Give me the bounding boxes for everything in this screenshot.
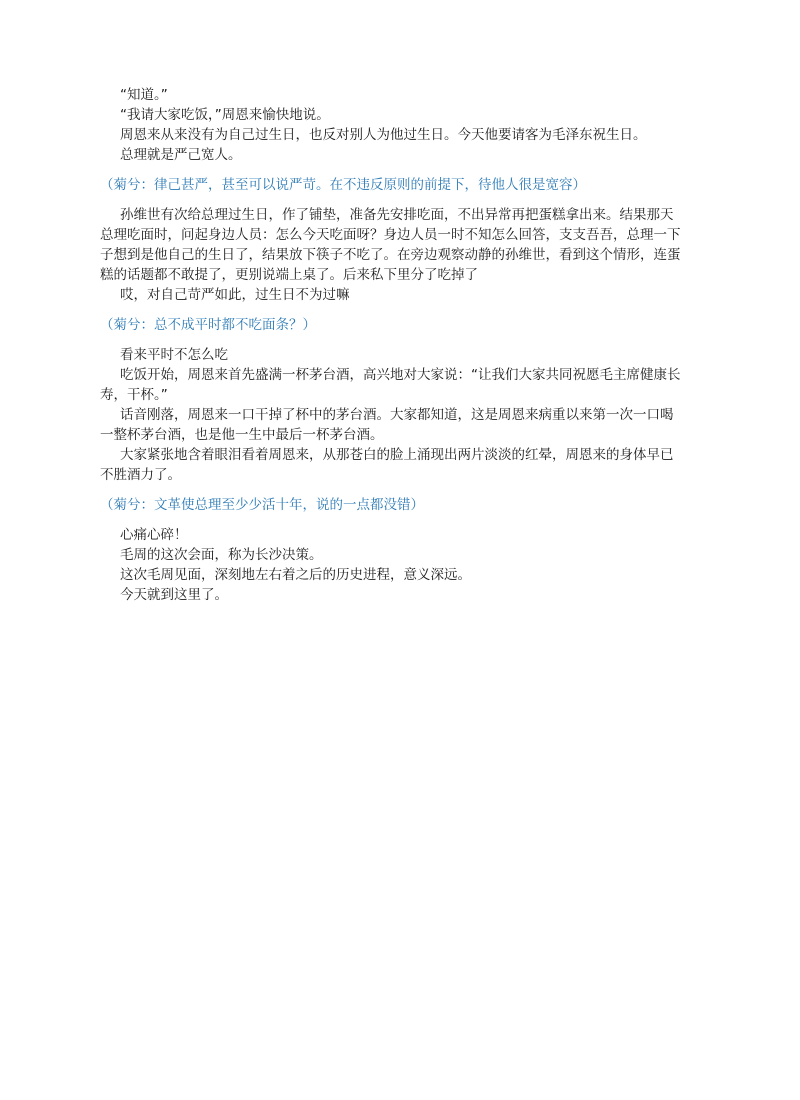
paragraph: 毛周的这次会面，称为长沙决策。 bbox=[100, 545, 685, 565]
paragraph: 心痛心碎！ bbox=[100, 525, 685, 545]
paragraph: “我请大家吃饭，”周恩来愉快地说。 bbox=[100, 105, 685, 125]
paragraph: 孙维世有次给总理过生日，作了铺垫，准备先安排吃面，不出异常再把蛋糕拿出来。结果那… bbox=[100, 205, 685, 285]
paragraph: “知道。” bbox=[100, 85, 685, 105]
paragraph: 大家紧张地含着眼泪看着周恩来，从那苍白的脸上涌现出两片淡淡的红晕，周恩来的身体早… bbox=[100, 445, 685, 485]
paragraph: 周恩来从来没有为自己过生日，也反对别人为他过生日。今天他要请客为毛泽东祝生日。 bbox=[100, 125, 685, 145]
annotation-note: （菊兮：律己甚严，甚至可以说严苛。在不违反原则的前提下，待他人很是宽容） bbox=[100, 175, 685, 195]
paragraph: 哎，对自己苛严如此，过生日不为过嘛 bbox=[100, 285, 685, 305]
paragraph: 总理就是严己宽人。 bbox=[100, 145, 685, 165]
paragraph: 今天就到这里了。 bbox=[100, 585, 685, 605]
paragraph: 吃饭开始，周恩来首先盛满一杯茅台酒，高兴地对大家说：“让我们大家共同祝愿毛主席健… bbox=[100, 365, 685, 405]
paragraph: 这次毛周见面，深刻地左右着之后的历史进程，意义深远。 bbox=[100, 565, 685, 585]
document-body: “知道。” “我请大家吃饭，”周恩来愉快地说。 周恩来从来没有为自己过生日，也反… bbox=[100, 85, 685, 605]
paragraph: 话音刚落，周恩来一口干掉了杯中的茅台酒。大家都知道，这是周恩来病重以来第一次一口… bbox=[100, 405, 685, 445]
annotation-note: （菊兮：总不成平时都不吃面条？） bbox=[100, 315, 685, 335]
paragraph: 看来平时不怎么吃 bbox=[100, 345, 685, 365]
annotation-note: （菊兮：文革使总理至少少活十年，说的一点都没错） bbox=[100, 495, 685, 515]
